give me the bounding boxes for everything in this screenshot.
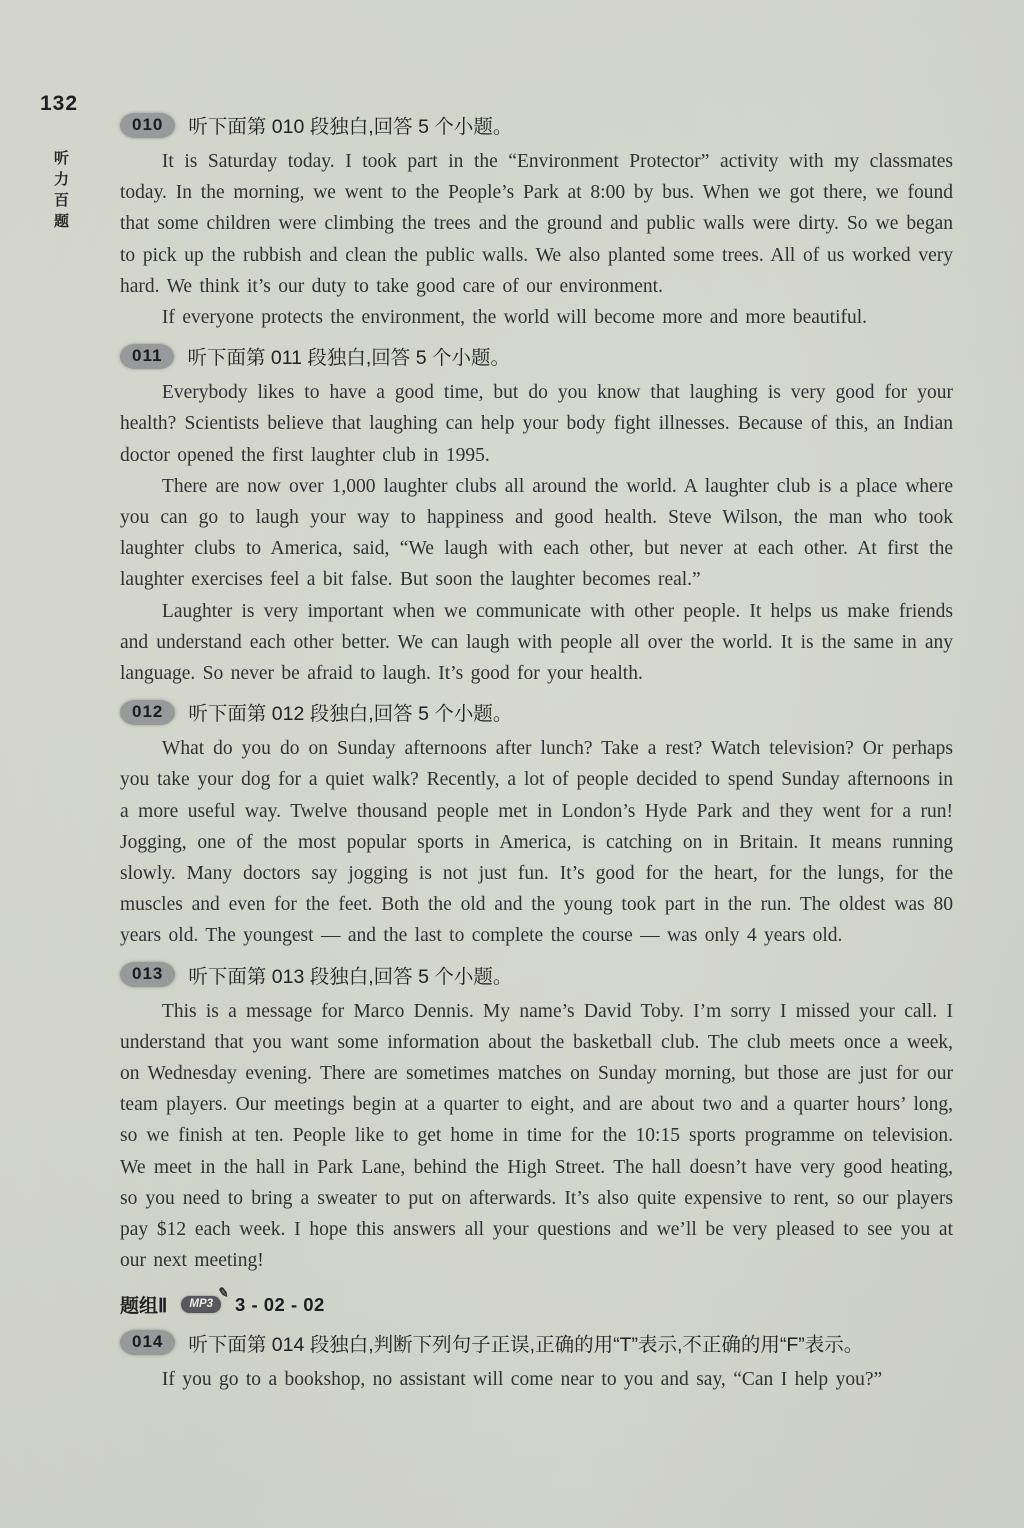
section-heading-row: 014 听下面第 014 段独白,判断下列句子正误,正确的用“T”表示,不正确的… bbox=[120, 1327, 953, 1359]
section-013: 013 听下面第 013 段独白,回答 5 个小题。 This is a mes… bbox=[120, 959, 953, 1277]
mp3-audio-icon: MP3✎ bbox=[181, 1296, 221, 1313]
track-number-badge: 012 bbox=[120, 700, 175, 725]
monologue-paragraph: What do you do on Sunday afternoons afte… bbox=[120, 733, 953, 951]
monologue-paragraph: If everyone protects the environment, th… bbox=[120, 302, 953, 333]
track-number-badge: 013 bbox=[120, 962, 175, 987]
section-heading: 听下面第 014 段独白,判断下列句子正误,正确的用“T”表示,不正确的用“F”… bbox=[188, 1329, 863, 1357]
monologue-paragraph: This is a message for Marco Dennis. My n… bbox=[120, 996, 953, 1277]
track-number-badge: 014 bbox=[120, 1330, 175, 1355]
section-heading: 听下面第 010 段独白,回答 5 个小题。 bbox=[188, 111, 512, 139]
section-heading: 听下面第 011 段独白,回答 5 个小题。 bbox=[187, 342, 510, 370]
audio-track-code: 3 - 02 - 02 bbox=[235, 1294, 325, 1316]
group-label: 题组Ⅱ bbox=[120, 1291, 167, 1318]
pencil-icon: ✎ bbox=[217, 1284, 230, 1301]
scanned-book-page: 132 听力百题 010 听下面第 010 段独白,回答 5 个小题。 It i… bbox=[0, 0, 1024, 1528]
section-010: 010 听下面第 010 段独白,回答 5 个小题。 It is Saturda… bbox=[120, 109, 953, 333]
section-012: 012 听下面第 012 段独白,回答 5 个小题。 What do you d… bbox=[120, 696, 953, 951]
page-number: 132 bbox=[40, 92, 78, 116]
section-heading: 听下面第 012 段独白,回答 5 个小题。 bbox=[188, 698, 512, 726]
monologue-paragraph: Everybody likes to have a good time, but… bbox=[120, 377, 953, 471]
sidebar-vertical-label: 听力百题 bbox=[50, 150, 71, 234]
section-heading-row: 010 听下面第 010 段独白,回答 5 个小题。 bbox=[120, 109, 953, 141]
page-content: 010 听下面第 010 段独白,回答 5 个小题。 It is Saturda… bbox=[120, 102, 953, 1395]
mp3-icon-label: MP3 bbox=[189, 1298, 213, 1310]
section-heading-row: 011 听下面第 011 段独白,回答 5 个小题。 bbox=[120, 340, 953, 372]
monologue-paragraph: There are now over 1,000 laughter clubs … bbox=[120, 471, 953, 596]
section-heading-row: 013 听下面第 013 段独白,回答 5 个小题。 bbox=[120, 959, 953, 991]
track-number-badge: 010 bbox=[120, 113, 175, 138]
monologue-paragraph: It is Saturday today. I took part in the… bbox=[120, 146, 953, 302]
section-heading: 听下面第 013 段独白,回答 5 个小题。 bbox=[188, 961, 512, 989]
monologue-paragraph: Laughter is very important when we commu… bbox=[120, 596, 953, 690]
section-heading-row: 012 听下面第 012 段独白,回答 5 个小题。 bbox=[120, 696, 953, 728]
group-divider: 题组Ⅱ MP3✎ 3 - 02 - 02 bbox=[120, 1290, 953, 1320]
section-014: 014 听下面第 014 段独白,判断下列句子正误,正确的用“T”表示,不正确的… bbox=[120, 1327, 953, 1395]
monologue-paragraph: If you go to a bookshop, no assistant wi… bbox=[120, 1364, 953, 1395]
section-011: 011 听下面第 011 段独白,回答 5 个小题。 Everybody lik… bbox=[120, 340, 953, 689]
track-number-badge: 011 bbox=[120, 344, 174, 369]
